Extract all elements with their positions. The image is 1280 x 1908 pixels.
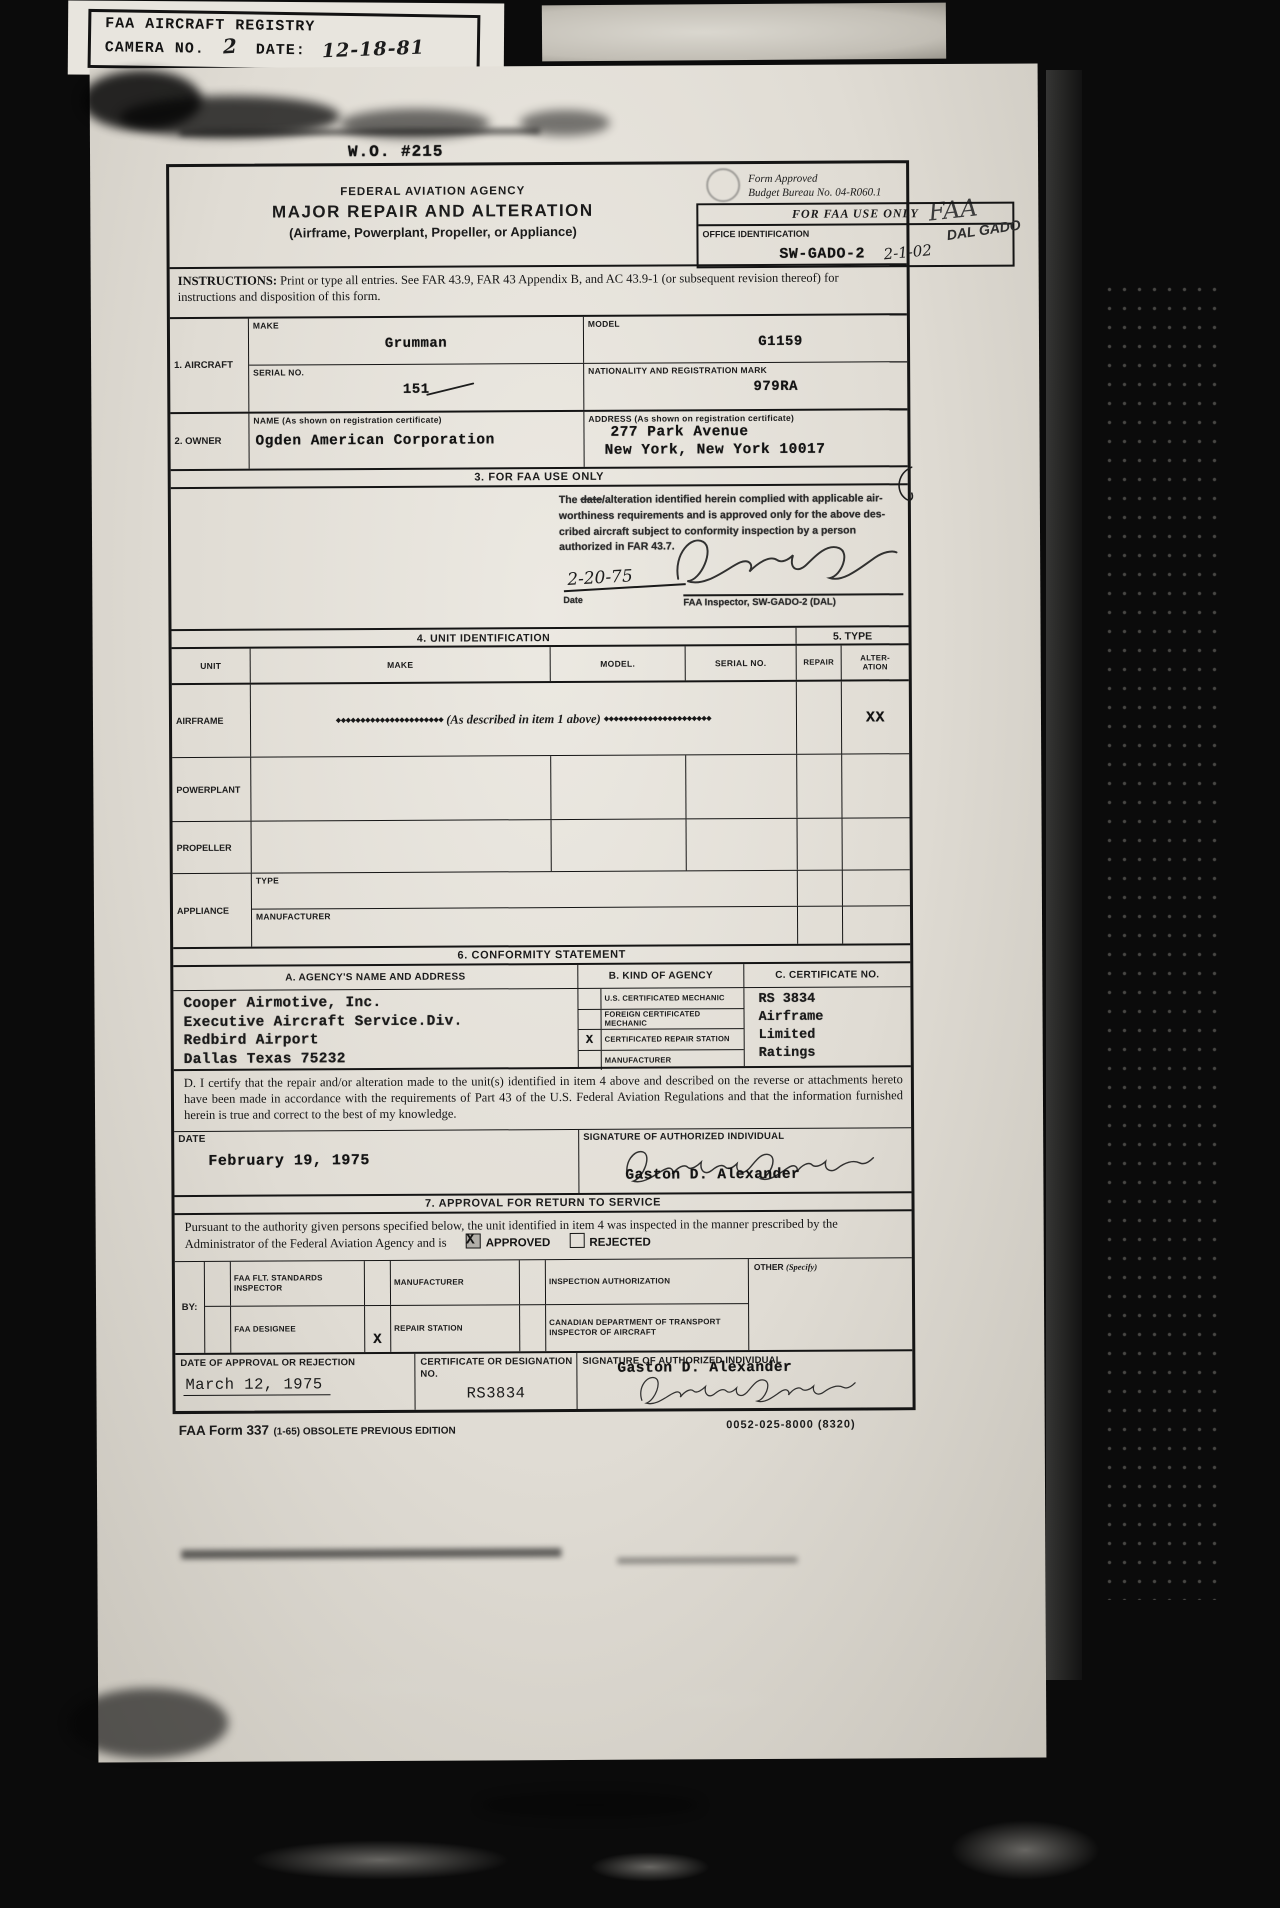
form-subtitle: (Airframe, Powerplant, Propeller, or App…: [169, 223, 696, 241]
canadian-label: CANADIAN DEPARTMENT OF TRANSPORT INSPECT…: [546, 1304, 748, 1351]
streak: [180, 128, 540, 136]
col-agency-name: A. AGENCY'S NAME AND ADDRESS: [173, 965, 578, 990]
airframe-description-cell: ◆◆◆◆◆◆◆◆◆◆◆◆◆◆◆◆◆◆◆◆◆◆ (As described in …: [251, 682, 797, 757]
agency-line: Executive Aircraft Service.Div.: [184, 1011, 578, 1032]
appliance-type-cell: TYPE: [252, 871, 798, 909]
office-id-note-handwritten: 2-1-02: [883, 241, 933, 263]
certification-paragraph: D. I certify that the repair and/or alte…: [174, 1065, 911, 1131]
col-alteration: ALTER- ATION: [842, 645, 909, 679]
certification-date-cell: DATE February 19, 1975: [174, 1130, 579, 1195]
propeller-make-cell: [252, 820, 552, 873]
approval-date-value: March 12, 1975: [183, 1375, 330, 1396]
agency-line: Cooper Airmotive, Inc.: [183, 993, 577, 1014]
approval-date-cell: DATE OF APPROVAL OR REJECTION March 12, …: [175, 1354, 415, 1411]
date-handwritten: 12-18-81: [322, 37, 426, 63]
approval-paragraph: Pursuant to the authority given persons …: [175, 1211, 912, 1261]
appliance-row: APPLIANCE TYPE MANUFACTURER: [173, 869, 910, 947]
certification-date-label: DATE: [174, 1130, 578, 1145]
form-id-group: FAA Form 337 (1-65) OBSOLETE PREVIOUS ED…: [179, 1421, 456, 1440]
pen-slash-mark: [425, 380, 477, 396]
unit-table-headers: UNIT MAKE MODEL. SERIAL NO. REPAIR ALTER…: [172, 645, 909, 685]
owner-section-label: 2. OWNER: [170, 414, 249, 469]
scan-top-right-strip: [542, 3, 946, 62]
registry-line2: CAMERA NO. 2 DATE: 12-18-81: [105, 32, 477, 62]
approved-checkmark: X: [466, 1230, 475, 1249]
agency-name: FEDERAL AVIATION AGENCY: [169, 184, 696, 199]
camera-number-handwritten: 2: [222, 34, 238, 59]
owner-address-line2: New York, New York 10017: [605, 441, 908, 459]
aircraft-fields: MAKE Grumman MODEL G1159 SERIAL NO. 151: [249, 315, 907, 411]
gaston-signature-2: [585, 1369, 905, 1411]
speckle: [278, 1666, 578, 1708]
owner-name-label: NAME (As shown on registration certifica…: [249, 412, 583, 426]
by-label: BY:: [175, 1262, 205, 1353]
registry-stamp-box: FAA AIRCRAFT REGISTRY CAMERA NO. 2 DATE:…: [88, 9, 481, 74]
stamp-struck-word: date: [580, 494, 602, 506]
canadian-checkbox: [520, 1305, 546, 1351]
stamp-date-handwritten: 2-20-75: [563, 563, 686, 592]
scan-dot-texture: [1102, 280, 1222, 1600]
form-approved-text: Form Approved: [748, 173, 817, 185]
form-id: FAA Form 337: [179, 1423, 269, 1438]
model-value: G1159: [584, 333, 907, 351]
office-identification-label: OFFICE IDENTIFICATION: [702, 228, 809, 239]
office-id-value: SW-GADO-2: [779, 245, 865, 262]
airframe-alteration-mark: XX: [866, 709, 885, 726]
form-header: FEDERAL AVIATION AGENCY MAJOR REPAIR AND…: [169, 163, 907, 267]
agency-line: Redbird Airport: [184, 1030, 578, 1051]
faa-use-header-box: Form Approved Budget Bureau No. 04-R060.…: [696, 163, 1015, 265]
owner-address-label: ADDRESS (As shown on registration certif…: [584, 410, 907, 424]
certificate-line: Airframe: [759, 1008, 911, 1027]
work-order-number: W.O. #215: [348, 143, 444, 161]
aircraft-section: 1. AIRCRAFT MAKE Grumman MODEL G1159 SER…: [170, 313, 907, 412]
aircraft-serial-cell: SERIAL NO. 151: [249, 364, 584, 412]
stamp-line1: /alteration identified herein complied w…: [602, 492, 883, 505]
smudge: [68, 1688, 228, 1759]
office-identification-row: OFFICE IDENTIFICATION DAL GADO: [698, 224, 1012, 243]
certification-signature-name: Gaston D. Alexander: [625, 1167, 800, 1184]
approval-bottom-row: DATE OF APPROVAL OR REJECTION March 12, …: [175, 1349, 912, 1411]
airframe-row: AIRFRAME ◆◆◆◆◆◆◆◆◆◆◆◆◆◆◆◆◆◆◆◆◆◆ (As desc…: [172, 681, 909, 757]
propeller-model-cell: [552, 819, 687, 871]
agency-name-address: Cooper Airmotive, Inc. Executive Aircraf…: [173, 989, 578, 1069]
owner-address-cell: ADDRESS (As shown on registration certif…: [584, 410, 907, 467]
kind-label: FOREIGN CERTIFICATED MECHANIC: [602, 1009, 744, 1029]
col-make: MAKE: [251, 647, 551, 683]
propeller-row: PROPELLER: [173, 817, 910, 873]
inspection-auth-label: INSPECTION AUTHORIZATION: [546, 1259, 748, 1304]
appliance-type-alteration-cell: [843, 870, 910, 905]
form-approved-note: Form Approved Budget Bureau No. 04-R060.…: [696, 163, 1014, 203]
inspector-label: FAA Inspector, SW-GADO-2 (DAL): [683, 593, 903, 608]
make-value: Grumman: [249, 335, 583, 353]
model-label: MODEL: [584, 315, 907, 329]
other-specify-cell: OTHER (Specify): [748, 1258, 912, 1350]
diamond-fill-left: ◆◆◆◆◆◆◆◆◆◆◆◆◆◆◆◆◆◆◆◆◆◆: [336, 716, 443, 725]
manufacturer-label: MANUFACTURER: [391, 1260, 520, 1305]
owner-name-cell: NAME (As shown on registration certifica…: [249, 412, 584, 469]
airframe-alteration-cell: XX: [842, 681, 909, 753]
certification-signature-cell: SIGNATURE OF AUTHORIZED INDIVIDUAL Gasto…: [579, 1128, 911, 1193]
powerplant-serial-cell: [686, 755, 797, 819]
speckle: [590, 1852, 710, 1882]
scanned-faa-form-337: { "scan": { "registry_stamp": { "line1":…: [0, 0, 1280, 1908]
diamond-fill-right: ◆◆◆◆◆◆◆◆◆◆◆◆◆◆◆◆◆◆◆◆◆◆: [604, 714, 711, 723]
stamp-line2: worthiness requirements and is approved …: [559, 508, 885, 522]
col-model: MODEL.: [551, 646, 686, 681]
col-repair: REPAIR: [797, 646, 842, 680]
appliance-mfr-cell: MANUFACTURER: [252, 907, 798, 946]
col-kind-of-agency: B. KIND OF AGENCY: [578, 964, 744, 988]
instructions-label: INSTRUCTIONS:: [178, 274, 277, 289]
kind-checkbox: X: [579, 1030, 602, 1050]
airframe-note: (As described in item 1 above): [446, 711, 601, 727]
date-label: DATE:: [256, 42, 306, 60]
propeller-alteration-cell: [843, 818, 910, 869]
inspector-signature: [671, 529, 901, 590]
faa-designee-label: FAA DESIGNEE: [231, 1306, 365, 1352]
kind-of-agency-list: U.S. CERTIFICATED MECHANIC FOREIGN CERTI…: [578, 988, 744, 1067]
col-unit: UNIT: [172, 649, 251, 683]
office-id-value-row: SW-GADO-2 2-1-02: [698, 241, 1012, 266]
stock-number: 0052-025-8000 (8320): [726, 1418, 916, 1437]
conformity-content: Cooper Airmotive, Inc. Executive Aircraf…: [173, 987, 910, 1069]
section5-title: 5. TYPE: [797, 627, 909, 644]
rejected-label: REJECTED: [589, 1237, 650, 1249]
speckle: [638, 1685, 778, 1716]
certificate-number: RS 3834 Airframe Limited Ratings: [744, 987, 910, 1066]
propeller-label: PROPELLER: [173, 822, 252, 873]
col-alteration-line1: ALTER-: [860, 653, 890, 662]
kind-row: U.S. CERTIFICATED MECHANIC: [578, 988, 743, 1009]
nationality-label: NATIONALITY AND REGISTRATION MARK: [584, 362, 907, 376]
appliance-mfr-repair-cell: [798, 907, 843, 944]
scan-gray-band: [1046, 70, 1082, 1680]
col-alteration-line2: ATION: [863, 662, 888, 671]
certificate-line: Limited: [759, 1026, 911, 1045]
designation-no-label: CERTIFICATE OR DESIGNATION NO.: [415, 1353, 576, 1381]
form-footer: FAA Form 337 (1-65) OBSOLETE PREVIOUS ED…: [173, 1412, 920, 1440]
powerplant-label: POWERPLANT: [172, 758, 251, 821]
camera-label: CAMERA NO.: [105, 39, 205, 58]
faa-use-only-box: FOR FAA USE ONLY OFFICE IDENTIFICATION D…: [696, 201, 1014, 268]
col-serial: SERIAL NO.: [686, 646, 797, 681]
approval-date-label: DATE OF APPROVAL OR REJECTION: [175, 1354, 414, 1370]
faa-use-only-label: FOR FAA USE ONLY: [698, 203, 1012, 226]
other-label: OTHER: [754, 1262, 786, 1272]
certificate-line: Ratings: [759, 1044, 911, 1063]
owner-address-line1: 277 Park Avenue: [610, 423, 907, 441]
speckle: [950, 1820, 1100, 1880]
stamp-prefix: The: [559, 494, 581, 506]
smudge: [480, 1792, 700, 1818]
repair-station-label: REPAIR STATION: [391, 1305, 520, 1351]
streak: [181, 1548, 561, 1559]
form-title-block: FEDERAL AVIATION AGENCY MAJOR REPAIR AND…: [169, 164, 697, 267]
rejected-checkbox: [569, 1233, 584, 1248]
document-paper: W.O. #215 FAA FEDERAL AVIATION AGENCY MA…: [90, 64, 1047, 1763]
kind-row: FOREIGN CERTIFICATED MECHANIC: [579, 1009, 744, 1030]
pen-hook-mark: [888, 463, 918, 511]
agency-line: Dallas Texas 75232: [184, 1048, 578, 1069]
faa-form-337: FEDERAL AVIATION AGENCY MAJOR REPAIR AND…: [166, 160, 916, 1414]
designation-no-value: RS3834: [415, 1384, 576, 1403]
approved-label: APPROVED: [486, 1237, 551, 1249]
propeller-serial-cell: [687, 819, 798, 871]
powerplant-model-cell: [551, 755, 686, 819]
other-specify-label: (Specify): [786, 1262, 817, 1272]
make-label: MAKE: [249, 317, 583, 331]
powerplant-repair-cell: [797, 755, 842, 818]
kind-label: CERTIFICATED REPAIR STATION: [602, 1029, 744, 1049]
aircraft-model-cell: MODEL G1159: [584, 315, 907, 363]
section4-title: 4. UNIT IDENTIFICATION: [172, 628, 797, 647]
certificate-line: RS 3834: [758, 990, 910, 1009]
stamp-date-label: Date: [563, 595, 583, 605]
certification-signature-row: DATE February 19, 1975 SIGNATURE OF AUTH…: [174, 1127, 911, 1195]
aircraft-section-label: 1. AIRCRAFT: [170, 319, 249, 412]
faa-use-box: The date/alteration identified herein co…: [171, 485, 909, 629]
flt-standards-checkbox: [205, 1262, 231, 1306]
by-table: BY: FAA FLT. STANDARDS INSPECTOR MANUFAC…: [175, 1257, 912, 1353]
appliance-type-repair-cell: [798, 871, 843, 906]
airframe-label: AIRFRAME: [172, 685, 251, 757]
approved-checkbox: X: [466, 1233, 481, 1248]
kind-label: MANUFACTURER: [602, 1050, 744, 1070]
inspection-auth-checkbox: [520, 1260, 546, 1304]
owner-section: 2. OWNER NAME (As shown on registration …: [170, 408, 907, 469]
powerplant-make-cell: [251, 756, 551, 821]
kind-checkbox: [578, 989, 601, 1009]
appliance-mfr-label: MANUFACTURER: [252, 907, 797, 922]
budget-bureau-text: Budget Bureau No. 04-R060.1: [748, 187, 881, 200]
flt-standards-label: FAA FLT. STANDARDS INSPECTOR: [231, 1261, 365, 1306]
airframe-repair-cell: [797, 682, 842, 754]
serial-value: 151: [249, 381, 583, 399]
instructions-text: Print or type all entries. See FAR 43.9,…: [178, 271, 839, 304]
designation-no-cell: CERTIFICATE OR DESIGNATION NO. RS3834: [415, 1353, 577, 1410]
kind-row: MANUFACTURER: [579, 1050, 744, 1070]
streak: [617, 1557, 797, 1564]
kind-checkbox: [579, 1009, 602, 1029]
manufacturer-checkbox: [365, 1261, 391, 1305]
appliance-mfr-alteration-cell: [843, 906, 910, 943]
registration-value: 979RA: [584, 378, 907, 396]
instructions: INSTRUCTIONS: Print or type all entries.…: [170, 263, 907, 317]
powerplant-alteration-cell: [842, 754, 909, 817]
stamp-circle-icon: [706, 168, 740, 202]
certification-signature-label: SIGNATURE OF AUTHORIZED INDIVIDUAL: [579, 1128, 911, 1143]
appliance-label: APPLIANCE: [173, 874, 252, 947]
certification-date-value: February 19, 1975: [208, 1151, 578, 1170]
speckle: [250, 1840, 510, 1880]
serial-label: SERIAL NO.: [249, 364, 583, 378]
aircraft-registration-cell: NATIONALITY AND REGISTRATION MARK 979RA: [584, 362, 907, 410]
aircraft-make-cell: MAKE Grumman: [249, 317, 584, 365]
propeller-repair-cell: [798, 819, 843, 870]
kind-label: U.S. CERTIFICATED MECHANIC: [601, 988, 743, 1008]
repair-station-checkbox: X: [365, 1306, 391, 1352]
form-title: MAJOR REPAIR AND ALTERATION: [169, 200, 696, 223]
col-certificate-no: C. CERTIFICATE NO.: [744, 963, 910, 987]
stamp-line4: authorized in FAR 43.7.: [559, 541, 675, 554]
form-edition-note: (1-65) OBSOLETE PREVIOUS EDITION: [273, 1426, 455, 1438]
appliance-type-label: TYPE: [252, 871, 797, 886]
faa-designee-checkbox: [205, 1307, 231, 1353]
kind-checkbox: [579, 1050, 602, 1070]
owner-name-value: Ogden American Corporation: [255, 432, 583, 450]
approval-signature-cell: SIGNATURE OF AUTHORIZED INDIVIDUAL Gasto…: [577, 1351, 912, 1409]
kind-row: X CERTIFICATED REPAIR STATION: [579, 1029, 744, 1050]
powerplant-row: POWERPLANT: [172, 753, 909, 821]
